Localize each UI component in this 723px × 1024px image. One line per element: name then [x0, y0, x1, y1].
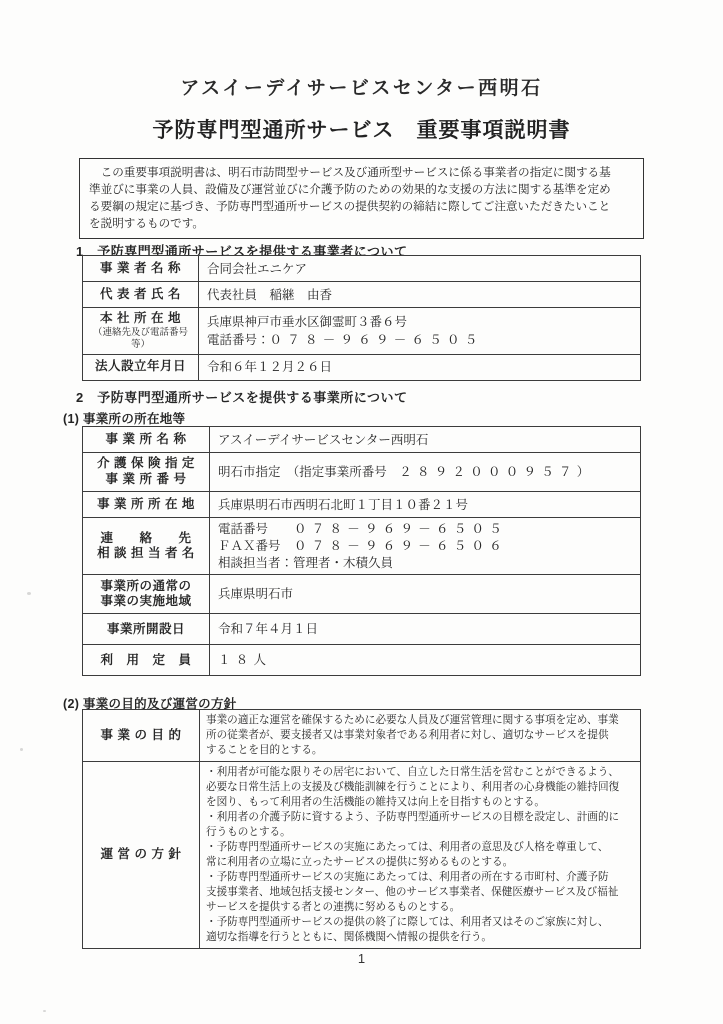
scan-speck [27, 592, 31, 595]
capacity-unit: 人 [254, 653, 267, 667]
policy-item: ・予防専門型通所サービスの実施にあたっては、利用者の所在する市町村、介護予防 支… [206, 870, 634, 915]
policy-item: ・予防専門型通所サービスの実施にあたっては、利用者の意思及び人格を尊重して、 常… [206, 840, 634, 870]
row-label: 連 絡 先 相 談 担 当 者 名 [83, 518, 210, 575]
row-value: 代表社員 稲継 由香 [199, 282, 641, 308]
row-value: 兵庫県神戸市垂水区御霊町３番６号 電話番号：０７８－９６９－６５０５ [199, 308, 641, 355]
table-row-service-area: 事業所の通常の 事業の実施地域 兵庫県明石市 [83, 575, 641, 614]
row-label: 運 営 の 方 針 [83, 762, 200, 949]
table-row-opening-date: 事業所開設日 令和７年４月１日 [83, 614, 641, 645]
row-label: 本 社 所 在 地 （連絡先及び電話番号等） [83, 308, 199, 355]
table-row-representative: 代 表 者 氏 名 代表社員 稲継 由香 [83, 282, 641, 308]
tel-number: ０７８－９６９－６５０５ [294, 522, 507, 536]
table-row-provider-name: 事 業 者 名 称 合同会社エニケア [83, 256, 641, 282]
table-row-office-name: 事 業 所 名 称 アスイーデイサービスセンター西明石 [83, 427, 641, 453]
phone-prefix: 電話番号： [207, 333, 270, 347]
head-office-sublabel: （連絡先及び電話番号等） [89, 327, 192, 351]
service-area-label-2: 事業の実施地域 [89, 594, 203, 610]
row-label: 利 用 定 員 [83, 645, 210, 676]
row-label: 代 表 者 氏 名 [83, 282, 199, 308]
provider-table: 事 業 者 名 称 合同会社エニケア 代 表 者 氏 名 代表社員 稲継 由香 … [82, 255, 641, 381]
row-value: 令和６年１２月２６日 [199, 354, 641, 380]
table-row-policy: 運 営 の 方 針 ・利用者が可能な限りその居宅において、自立した日常生活を営む… [83, 762, 641, 949]
designation-suffix: ） [577, 465, 590, 479]
intro-box: この重要事項説明書は、明石市訪問型サービス及び通所型サービスに係る事業者の指定に… [79, 158, 644, 239]
table-row-office-address: 事 業 所 所 在 地 兵庫県明石市西明石北町１丁目１０番２１号 [83, 492, 641, 518]
row-label: 介 護 保 険 指 定 事 業 所 番 号 [83, 453, 210, 492]
head-office-address: 兵庫県神戸市垂水区御霊町３番６号 [207, 313, 632, 331]
section2-sub1-heading: (1) 事業所の所在地等 [63, 409, 185, 427]
tel-label: 電話番号 [218, 521, 294, 538]
row-value: 兵庫県明石市 [210, 575, 641, 614]
row-label: 事業所の通常の 事業の実施地域 [83, 575, 210, 614]
table-row-head-office: 本 社 所 在 地 （連絡先及び電話番号等） 兵庫県神戸市垂水区御霊町３番６号 … [83, 308, 641, 355]
fax-number: ０７８－９６９－６５０６ [294, 539, 507, 553]
document-subtitle: 予防専門型通所サービス 重要事項説明書 [0, 114, 723, 144]
document-title: アスイーデイサービスセンター西明石 [0, 73, 723, 100]
designation-prefix: 明石市指定 （指定事業所番号 [218, 465, 399, 479]
row-value: 令和７年４月１日 [210, 614, 641, 645]
page-number: 1 [0, 951, 723, 966]
office-table: 事 業 所 名 称 アスイーデイサービスセンター西明石 介 護 保 険 指 定 … [82, 426, 641, 676]
row-value: アスイーデイサービスセンター西明石 [210, 427, 641, 453]
section2-heading: 2 予防専門型通所サービスを提供する事業所について [76, 387, 407, 406]
row-value: 兵庫県明石市西明石北町１丁目１０番２１号 [210, 492, 641, 518]
designation-label-2: 事 業 所 番 号 [89, 472, 203, 488]
capacity-number: １８ [218, 653, 254, 667]
row-label: 事 業 の 目 的 [83, 710, 200, 762]
purpose-policy-table: 事 業 の 目 的 事業の適正な運営を確保するために必要な人員及び運営管理に関す… [82, 709, 641, 949]
table-row-contact: 連 絡 先 相 談 担 当 者 名 電話番号０７８－９６９－６５０５ ＦＡＸ番号… [83, 518, 641, 575]
table-row-purpose: 事 業 の 目 的 事業の適正な運営を確保するために必要な人員及び運営管理に関す… [83, 710, 641, 762]
contact-fax-line: ＦＡＸ番号０７８－９６９－６５０６ [218, 538, 632, 555]
contact-label-1: 連 絡 先 [89, 531, 203, 547]
head-office-label: 本 社 所 在 地 [100, 311, 181, 325]
service-area-label-1: 事業所の通常の [89, 579, 203, 595]
row-value: 電話番号０７８－９６９－６５０５ ＦＡＸ番号０７８－９６９－６５０６ 相談担当者… [210, 518, 641, 575]
scan-speck [43, 1010, 46, 1012]
table-row-designation-number: 介 護 保 険 指 定 事 業 所 番 号 明石市指定 （指定事業所番号 ２８９… [83, 453, 641, 492]
phone-number: ０７８－９６９－６５０５ [270, 333, 483, 347]
row-label: 事 業 者 名 称 [83, 256, 199, 282]
designation-number: ２８９２０００９５７ [399, 465, 577, 479]
row-value: 事業の適正な運営を確保するために必要な人員及び運営管理に関する事項を定め、事業 … [200, 710, 641, 762]
row-label: 法人設立年月日 [83, 354, 199, 380]
row-value: １８人 [210, 645, 641, 676]
contact-person-line: 相談担当者：管理者・木積久員 [218, 555, 632, 572]
scan-speck [20, 748, 23, 751]
table-row-capacity: 利 用 定 員 １８人 [83, 645, 641, 676]
policy-item: ・予防専門型通所サービスの提供の終了に際しては、利用者又はそのご家族に対し、 適… [206, 915, 634, 945]
row-label: 事業所開設日 [83, 614, 210, 645]
row-value: 明石市指定 （指定事業所番号 ２８９２０００９５７） [210, 453, 641, 492]
contact-tel-line: 電話番号０７８－９６９－６５０５ [218, 521, 632, 538]
designation-label-1: 介 護 保 険 指 定 [89, 456, 203, 472]
row-value: 合同会社エニケア [199, 256, 641, 282]
row-value: ・利用者が可能な限りその居宅において、自立した日常生活を営むことができるよう、 … [200, 762, 641, 949]
intro-text: この重要事項説明書は、明石市訪問型サービス及び通所型サービスに係る事業者の指定に… [89, 164, 634, 232]
policy-item: ・利用者が可能な限りその居宅において、自立した日常生活を営むことができるよう、 … [206, 765, 634, 810]
scanned-document-page: アスイーデイサービスセンター西明石 予防専門型通所サービス 重要事項説明書 この… [0, 0, 723, 1024]
row-label: 事 業 所 所 在 地 [83, 492, 210, 518]
contact-label-2: 相 談 担 当 者 名 [89, 546, 203, 562]
table-row-established: 法人設立年月日 令和６年１２月２６日 [83, 354, 641, 380]
row-label: 事 業 所 名 称 [83, 427, 210, 453]
policy-item: ・利用者の介護予防に資するよう、予防専門型通所サービスの目標を設定し、計画的に … [206, 810, 634, 840]
head-office-phone: 電話番号：０７８－９６９－６５０５ [207, 331, 632, 349]
fax-label: ＦＡＸ番号 [218, 538, 294, 555]
